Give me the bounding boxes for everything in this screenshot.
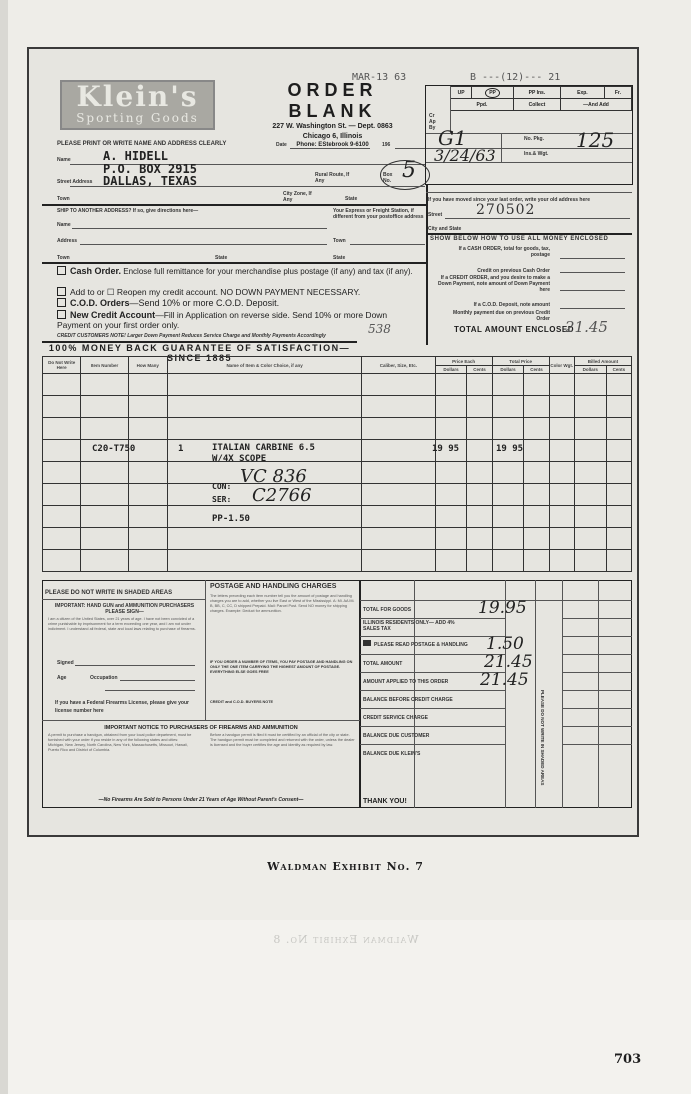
page-edge <box>0 0 8 1094</box>
option-cash-order[interactable]: Cash Order. Enclose full remittance for … <box>57 266 413 276</box>
credit-note: CREDIT CUSTOMERS NOTE! Larger Down Payme… <box>57 333 326 339</box>
ship-town2-label: Town <box>57 255 70 261</box>
occupation-label: Occupation <box>90 675 118 681</box>
ship-state2-label: State <box>333 255 345 261</box>
form-title: ORDER BLANK <box>240 80 425 122</box>
shipping-grid: UP PP PP Ins. Exp. Fr. Ppd. Collect —And… <box>450 86 632 111</box>
express-station-label: Your Express or Freight Station, if diff… <box>333 208 425 220</box>
money-heading: SHOW BELOW HOW TO USE ALL MONEY ENCLOSED <box>430 236 608 242</box>
state-label: State <box>345 196 357 202</box>
no-pkg-label: No. Pkg. <box>524 136 544 142</box>
total-amount-value: 21.45 <box>484 652 533 672</box>
ser-label: SER: <box>212 494 231 506</box>
thank-you: THANK YOU! <box>363 798 407 805</box>
town-label: Town <box>57 196 70 202</box>
moved-city-label: City and State <box>428 226 461 232</box>
item-number: C20-T750 <box>92 443 135 455</box>
firearms-notice-heading: IMPORTANT NOTICE TO PURCHASERS OF FIREAR… <box>42 725 360 731</box>
form-header: ORDER BLANK 227 W. Washington St. — Dept… <box>240 80 425 148</box>
balance-customer-label: BALANCE DUE CUSTOMER <box>363 733 429 739</box>
ship-up: UP <box>451 87 472 99</box>
sub-cents: Cents <box>467 366 492 374</box>
sub-dollars: Dollars <box>574 366 606 374</box>
ship-state-label: State <box>215 255 227 261</box>
ship-address-label: Address <box>57 238 77 244</box>
checkbox[interactable] <box>57 287 66 296</box>
hand-gun-text: I am a citizen of the United States, ove… <box>48 617 200 632</box>
license-label: If you have a Federal Firearms License, … <box>55 699 203 715</box>
name-label: Name <box>57 157 71 163</box>
address-line-2: Chicago 6, Illinois <box>240 132 425 142</box>
con-label: CON: <box>212 481 231 493</box>
postage-heading: POSTAGE AND HANDLING CHARGES <box>210 583 336 590</box>
col-item-number: Item Number <box>81 357 128 374</box>
ship-exp: Exp. <box>560 87 604 99</box>
money-credit-prev: Credit on previous Cash Order <box>440 268 550 274</box>
page-number: 703 <box>614 1052 641 1067</box>
postage-text: The letters preceding each item number t… <box>210 594 355 614</box>
total-amount-label: TOTAL AMOUNT <box>363 661 402 667</box>
total-enclosed-label: TOTAL AMOUNT ENCLOSED <box>454 325 574 334</box>
ship-town-label: Town <box>333 238 346 244</box>
money-monthly: Monthly payment due on previous Credit O… <box>440 310 550 322</box>
kleins-logo: Klein's Sporting Goods <box>60 80 215 130</box>
price-each: 19 95 <box>432 443 459 455</box>
logo-name: Klein's <box>62 82 213 112</box>
rural-route-label: Rural Route, If Any <box>315 172 355 184</box>
shaded-areas-notice: PLEASE DO NOT WRITE IN SHADED AREAS <box>45 590 172 596</box>
ship-row-labels: CrApBy <box>429 113 436 131</box>
moved-stamp-number: 270502 <box>476 202 535 218</box>
total-goods-label: TOTAL FOR GOODS <box>363 607 411 613</box>
amount-applied-label: AMOUNT APPLIED TO THIS ORDER <box>363 679 448 685</box>
sub-dollars: Dollars <box>492 366 524 374</box>
credit-service-label: CREDIT SERVICE CHARGE <box>363 715 428 721</box>
signed-label: Signed <box>57 660 74 666</box>
con-value: VC 836 <box>240 466 307 487</box>
col-item-name: Name of Item & Color Choice, if any <box>168 357 362 374</box>
total-price: 19 95 <box>496 443 523 455</box>
postage-handling-label: PLEASE READ POSTAGE & HANDLING <box>363 640 468 648</box>
sub-dollars: Dollars <box>435 366 467 374</box>
firearms-notice-right: Before a handgun permit is filed it must… <box>210 733 355 748</box>
col-do-not-write: Do Not Write Here <box>43 357 81 374</box>
vertical-shaded-note: PLEASE DO NOT WRITE IN SHADED AREAS <box>540 690 545 785</box>
year-label: 196 <box>382 142 390 148</box>
street-label: Street Address <box>57 179 92 185</box>
items-table: Do Not Write Here Item Number How Many N… <box>42 356 632 572</box>
ins-wgt-label: Ins.& Wgt. <box>524 151 548 157</box>
option-reopen-credit[interactable]: Add to or ☐ Reopen my credit account. NO… <box>57 287 360 298</box>
col-color-wgt: Color Wgt. <box>549 357 574 374</box>
bleed-through-caption: Waldman Exhibit No. 8 <box>0 933 691 946</box>
ship-pp-circled: PP <box>485 88 500 98</box>
city-zone-label: City Zone, If Any <box>283 191 313 203</box>
ship-pp-ins: PP Ins. <box>513 87 560 99</box>
item-quantity: 1 <box>178 443 183 455</box>
ship-name-label: Name <box>57 222 71 228</box>
postage-note: PP-1.50 <box>212 513 250 525</box>
ship-and-add: —And Add <box>560 99 631 111</box>
ship-collect: Collect <box>513 99 560 111</box>
total-goods-value: 19.95 <box>478 598 527 618</box>
money-cod: If a C.O.D. Deposit, note amount <box>440 302 550 308</box>
customer-name: A. HIDELL <box>103 150 168 162</box>
ship-to-label: SHIP TO ANOTHER ADDRESS? If so, give dir… <box>57 208 198 214</box>
balance-kleins-label: BALANCE DUE KLEIN'S <box>363 751 420 757</box>
age-label: Age <box>57 675 66 681</box>
ship-ppd: Ppd. <box>451 99 514 111</box>
misc-stamp: B ---(12)--- 21 <box>470 72 560 83</box>
ship-pp: PP <box>472 87 514 99</box>
address-line-1: 227 W. Washington St. — Dept. 0863 <box>240 122 425 132</box>
balance-before-label: BALANCE BEFORE CREDIT CHARGE <box>363 697 453 703</box>
sub-cents: Cents <box>606 366 631 374</box>
shipping-method-box: UP PP PP Ins. Exp. Fr. Ppd. Collect —And… <box>425 85 633 185</box>
option-cod[interactable]: C.O.D. Orders—Send 10% or more C.O.D. De… <box>57 298 279 308</box>
hand-gun-heading: IMPORTANT: HAND GUN and AMMUNITION PURCH… <box>52 603 197 615</box>
ship-fr: Fr. <box>604 87 631 99</box>
col-billed-amount: Billed Amount <box>574 357 631 366</box>
handwritten-number: 125 <box>576 128 614 152</box>
logo-subtitle: Sporting Goods <box>62 112 213 125</box>
sub-cents: Cents <box>524 366 549 374</box>
firearms-notice-left: A permit to purchase a handgun, obtained… <box>48 733 193 753</box>
total-enclosed-value: 21.45 <box>565 318 608 336</box>
ser-value: C2766 <box>252 485 312 506</box>
date-label: Date <box>276 142 287 148</box>
col-price-each: Price Each <box>435 357 492 366</box>
col-total-price: Total Price <box>492 357 549 366</box>
col-caliber: Caliber, Size, Etc. <box>362 357 435 374</box>
firearms-notice-footer: —No Firearms Are Sold to Persons Under 2… <box>42 797 360 803</box>
checkbox[interactable] <box>57 310 66 319</box>
moved-street-label: Street <box>428 212 442 218</box>
postage-handling-value: 1.50 <box>486 634 524 654</box>
exhibit-caption: Waldman Exhibit No. 7 <box>0 860 691 873</box>
sales-tax-label: ILLINOIS RESIDENTS ONLY— ADD 4% SALES TA… <box>363 620 463 632</box>
checkbox[interactable] <box>57 266 66 275</box>
item-name-line2: W/4X SCOPE <box>212 453 266 465</box>
handwritten-538: 538 <box>368 322 391 336</box>
money-cash-line: If a CASH ORDER, total for goods, tax, p… <box>440 246 550 258</box>
amount-applied-value: 21.45 <box>480 670 529 690</box>
print-instruction: PLEASE PRINT OR WRITE NAME AND ADDRESS C… <box>57 141 226 147</box>
col-how-many: How Many <box>128 357 167 374</box>
credit-buyers-note: CREDIT and C.O.D. BUYERS NOTE <box>210 700 355 705</box>
handwritten-ship-date: 3/24/63 <box>434 146 496 165</box>
postage-bold-note: IF YOU ORDER A NUMBER OF ITEMS, YOU PAY … <box>210 660 355 675</box>
checkbox[interactable] <box>57 298 66 307</box>
money-credit-order: If a CREDIT ORDER, and you desire to mak… <box>430 275 550 293</box>
